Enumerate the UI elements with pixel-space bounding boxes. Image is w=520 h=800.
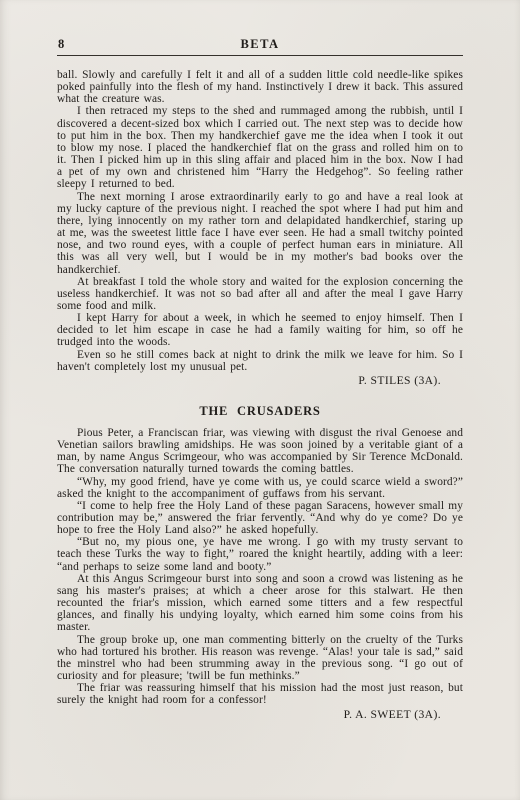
paragraph: I kept Harry for about a week, in which … bbox=[57, 312, 463, 348]
page-header: 8 BETA bbox=[57, 37, 463, 52]
paragraph: I then retraced my steps to the shed and… bbox=[57, 105, 463, 190]
magazine-page-scan: 8 BETA ball. Slowly and carefully I felt… bbox=[0, 0, 520, 800]
paragraph: Pious Peter, a Franciscan friar, was vie… bbox=[57, 427, 463, 476]
story-title-crusaders: THE CRUSADERS bbox=[57, 404, 463, 418]
paragraph: “But no, my pious one, ye have me wrong.… bbox=[57, 536, 463, 572]
paragraph: The group broke up, one man commenting b… bbox=[57, 634, 463, 683]
author-signature-sweet: P. A. SWEET (3A). bbox=[57, 708, 463, 721]
paragraph: At breakfast I told the whole story and … bbox=[57, 276, 463, 312]
magazine-title: BETA bbox=[57, 37, 463, 52]
paragraph: ball. Slowly and carefully I felt it and… bbox=[57, 69, 463, 105]
story-hedgehog: ball. Slowly and carefully I felt it and… bbox=[57, 69, 463, 387]
paragraph: “Why, my good friend, have ye come with … bbox=[57, 476, 463, 500]
paragraph: The friar was reassuring himself that hi… bbox=[57, 682, 463, 706]
page-number: 8 bbox=[58, 37, 64, 52]
page-content: 8 BETA ball. Slowly and carefully I felt… bbox=[57, 0, 463, 721]
paragraph: The next morning I arose extraordinarily… bbox=[57, 191, 463, 276]
paragraph: “I come to help free the Holy Land of th… bbox=[57, 500, 463, 536]
header-rule bbox=[57, 55, 463, 56]
author-signature-stiles: P. STILES (3A). bbox=[57, 374, 463, 387]
story-crusaders: Pious Peter, a Franciscan friar, was vie… bbox=[57, 427, 463, 721]
paragraph: At this Angus Scrimgeour burst into song… bbox=[57, 573, 463, 634]
paragraph: Even so he still comes back at night to … bbox=[57, 349, 463, 373]
